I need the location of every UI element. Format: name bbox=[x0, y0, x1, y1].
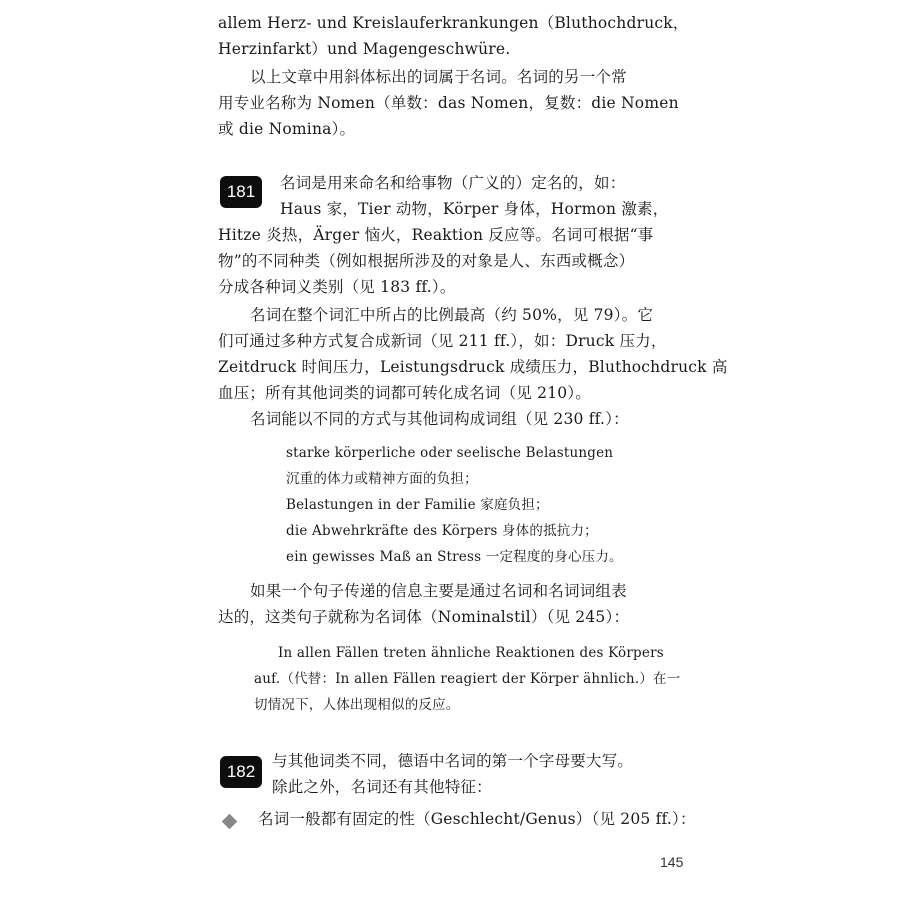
text-line: allem Herz- und Kreislauferkrankungen（Bl… bbox=[218, 12, 689, 34]
text-line: 达的，这类句子就称为名词体（Nominalstil）（见 245）： bbox=[218, 606, 629, 628]
text-line: 名词能以不同的方式与其他词构成词组（见 230 ff.）： bbox=[250, 408, 629, 430]
text-line: 以上文章中用斜体标出的词属于名词。名词的另一个常 bbox=[250, 66, 627, 88]
example-line: starke körperliche oder seelische Belast… bbox=[286, 442, 613, 464]
example-line: 沉重的体力或精神方面的负担； bbox=[286, 468, 478, 490]
text-line: Zeitdruck 时间压力，Leistungsdruck 成绩压力，Bluth… bbox=[218, 356, 728, 378]
text-line: Hitze 炎热，Ärger 恼火，Reaktion 反应等。名词可根据“事 bbox=[218, 224, 653, 246]
text-line: Herzinfarkt）und Magengeschwüre. bbox=[218, 38, 510, 60]
text-line: Haus 家，Tier 动物，Körper 身体，Hormon 激素， bbox=[280, 198, 668, 220]
text-line: 名词在整个词汇中所占的比例最高（约 50%，见 79）。它 bbox=[250, 304, 653, 326]
section-badge-181: 181 bbox=[220, 176, 262, 208]
example-line: In allen Fällen treten ähnliche Reaktion… bbox=[278, 642, 664, 664]
text-line: 们可通过多种方式复合成新词（见 211 ff.），如：Druck 压力， bbox=[218, 330, 667, 352]
example-line: ein gewisses Maß an Stress 一定程度的身心压力。 bbox=[286, 546, 623, 568]
text-line: 名词是用来命名和给事物（广义的）定名的，如： bbox=[280, 172, 625, 194]
text-line: 分成各种词义类别（见 183 ff.）。 bbox=[218, 276, 456, 298]
bullet-text: 名词一般都有固定的性（Geschlecht/Genus）（见 205 ff.）： bbox=[258, 808, 696, 830]
example-line: Belastungen in der Familie 家庭负担； bbox=[286, 494, 549, 516]
section-badge-182: 182 bbox=[220, 756, 262, 788]
example-line: auf.（代替：In allen Fällen reagiert der Kör… bbox=[254, 668, 680, 690]
example-line: die Abwehrkräfte des Körpers 身体的抵抗力； bbox=[286, 520, 598, 542]
text-line: 除此之外，名词还有其他特征： bbox=[272, 776, 492, 798]
text-line: 用专业名称为 Nomen（单数：das Nomen，复数：die Nomen bbox=[218, 92, 679, 114]
page-number: 145 bbox=[660, 854, 683, 870]
example-line: 切情况下，人体出现相似的反应。 bbox=[254, 694, 460, 716]
book-page: allem Herz- und Kreislauferkrankungen（Bl… bbox=[218, 0, 682, 900]
text-line: 与其他词类不同，德语中名词的第一个字母要大写。 bbox=[272, 750, 633, 772]
text-line: 物”的不同种类（例如根据所涉及的对象是人、东西或概念） bbox=[218, 250, 634, 272]
text-line: 血压；所有其他词类的词都可转化成名词（见 210）。 bbox=[218, 382, 591, 404]
text-line: 如果一个句子传递的信息主要是通过名词和名词词组表 bbox=[250, 580, 627, 602]
bullet-diamond-icon bbox=[222, 814, 238, 830]
text-line: 或 die Nomina）。 bbox=[218, 118, 355, 140]
